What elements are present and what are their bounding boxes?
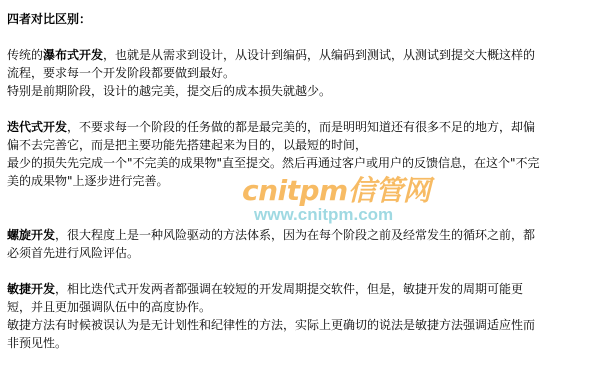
iterative-line-2: 偏不去完善它，而是把主要功能先搭建起来为目的，以最短的时间，: [7, 136, 589, 154]
section-title: 四者对比区别：: [7, 10, 589, 28]
spacer: [7, 100, 589, 118]
waterfall-section: 传统的瀑布式开发，也就是从需求到设计，从设计到编码，从编码到测试，从测试到提交大…: [7, 46, 589, 100]
agile-line-3: 敏捷方法有时候被误认为是无计划性和纪律性的方法，实际上更确切的说法是敏捷方法强调…: [7, 316, 589, 334]
spiral-line-1: 螺旋开发，很大程度上是一种风险驱动的方法体系，因为在每个阶段之前及经常发生的循环…: [7, 226, 589, 244]
iterative-term: 迭代式开发: [7, 120, 67, 134]
spacer: [7, 262, 589, 280]
iterative-section: 迭代式开发，不要求每一个阶段的任务做的都是最完美的，而是明明知道还有很多不足的地…: [7, 118, 589, 190]
agile-line-1-text: ，相比迭代式开发两者都强调在较短的开发周期提交软件，但是，敏捷开发的周期可能更: [55, 282, 523, 296]
iterative-line-1-text: ，不要求每一个阶段的任务做的都是最完美的，而是明明知道还有很多不足的地方，却偏: [67, 120, 535, 134]
waterfall-line-1-text: ，也就是从需求到设计，从设计到编码，从编码到测试，从测试到提交大概这样的: [103, 48, 535, 62]
waterfall-term: 瀑布式开发: [43, 48, 103, 62]
spacer: [7, 208, 589, 226]
waterfall-line-3: 特别是前期阶段，设计的越完美，提交后的成本损失就越少。: [7, 82, 589, 100]
iterative-line-4: 美的成果物"上逐步进行完善。: [7, 172, 589, 190]
waterfall-prefix: 传统的: [7, 48, 43, 62]
spacer: [7, 190, 589, 208]
waterfall-line-2: 流程，要求每一个开发阶段都要做到最好。: [7, 64, 589, 82]
iterative-line-3: 最少的损失先完成一个"不完美的成果物"直至提交。然后再通过客户或用户的反馈信息，…: [7, 154, 589, 172]
iterative-line-1: 迭代式开发，不要求每一个阶段的任务做的都是最完美的，而是明明知道还有很多不足的地…: [7, 118, 589, 136]
spiral-section: 螺旋开发，很大程度上是一种风险驱动的方法体系，因为在每个阶段之前及经常发生的循环…: [7, 226, 589, 262]
waterfall-line-1: 传统的瀑布式开发，也就是从需求到设计，从设计到编码，从编码到测试，从测试到提交大…: [7, 46, 589, 64]
agile-section: 敏捷开发，相比迭代式开发两者都强调在较短的开发周期提交软件，但是，敏捷开发的周期…: [7, 280, 589, 352]
agile-line-4: 非预见性。: [7, 334, 589, 352]
agile-term: 敏捷开发: [7, 282, 55, 296]
spiral-term: 螺旋开发: [7, 228, 55, 242]
agile-line-2: 短，并且更加强调队伍中的高度协作。: [7, 298, 589, 316]
title-text: 四者对比区别：: [7, 12, 91, 26]
document-body: 四者对比区别： 传统的瀑布式开发，也就是从需求到设计，从设计到编码，从编码到测试…: [7, 10, 589, 352]
agile-line-1: 敏捷开发，相比迭代式开发两者都强调在较短的开发周期提交软件，但是，敏捷开发的周期…: [7, 280, 589, 298]
spiral-line-1-text: ，很大程度上是一种风险驱动的方法体系，因为在每个阶段之前及经常发生的循环之前，都: [55, 228, 535, 242]
spacer: [7, 28, 589, 46]
spiral-line-2: 必须首先进行风险评估。: [7, 244, 589, 262]
